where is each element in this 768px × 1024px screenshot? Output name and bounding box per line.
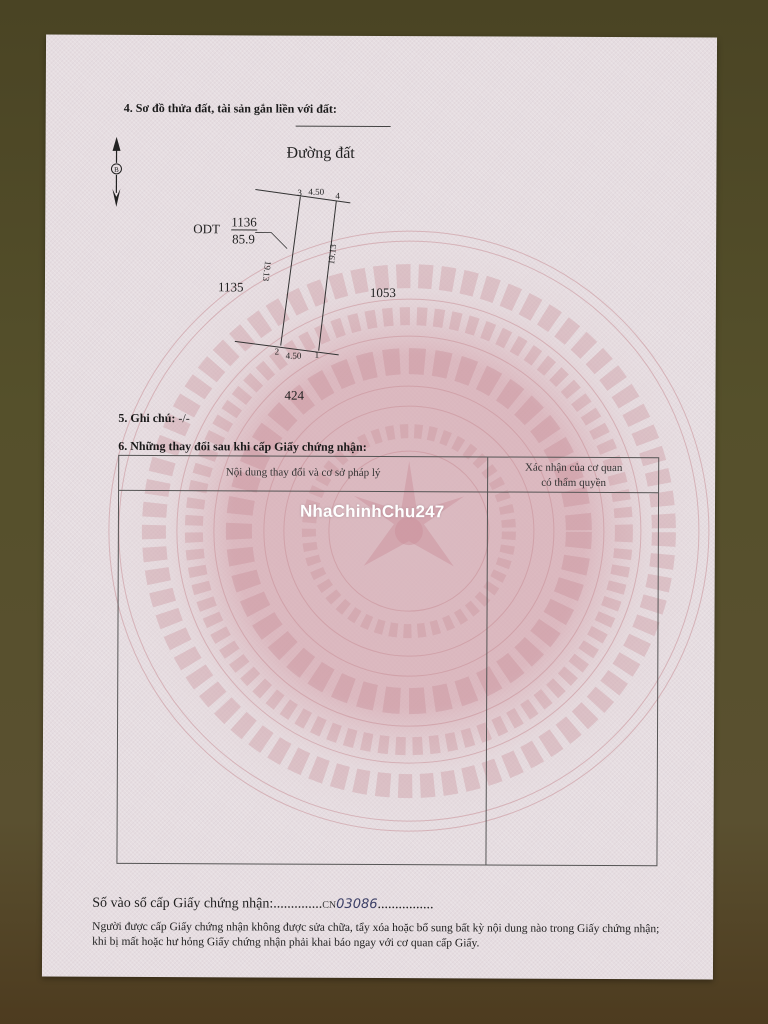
parcel-area: 85.9 bbox=[232, 231, 255, 247]
parcel-sketch bbox=[235, 185, 466, 386]
registration-label: Số vào sổ cấp Giấy chứng nhận: bbox=[92, 896, 273, 912]
heading-underline bbox=[296, 126, 391, 127]
top-edge-length: 4.50 bbox=[308, 187, 324, 197]
bottom-edge-length: 4.50 bbox=[286, 351, 302, 361]
neighbor-parcel-right: 1053 bbox=[370, 285, 396, 301]
neighbor-parcel-bottom: 424 bbox=[284, 388, 304, 404]
section-5-note: 5. Ghi chú: -/- bbox=[118, 411, 189, 426]
legal-notice: Người được cấp Giấy chứng nhận không đượ… bbox=[92, 920, 672, 953]
column-header-changes: Nội dung thay đổi và cơ sở pháp lý bbox=[119, 466, 487, 480]
certificate-page: 4. Sơ đồ thửa đất, tài sản gắn liền với … bbox=[42, 35, 717, 980]
column-header-confirmation-line1: Xác nhận của cơ quan bbox=[487, 460, 660, 476]
section-5-value: -/- bbox=[178, 411, 189, 425]
north-label: B bbox=[114, 166, 119, 174]
watermark-text: NhaChinhChu247 bbox=[300, 502, 445, 523]
section-6-heading: 6. Những thay đổi sau khi cấp Giấy chứng… bbox=[118, 439, 367, 455]
road-label: Đường đất bbox=[287, 145, 355, 163]
land-type: ODT bbox=[193, 221, 220, 237]
corner-1: 1 bbox=[315, 350, 320, 360]
registration-dots-after: ................ bbox=[377, 897, 433, 912]
corner-2: 2 bbox=[275, 347, 280, 357]
column-header-confirmation: Xác nhận của cơ quan có thẩm quyền bbox=[487, 460, 660, 491]
registration-prefix: CN bbox=[322, 900, 336, 911]
section-5-heading: 5. Ghi chú: bbox=[118, 411, 175, 425]
column-divider bbox=[485, 457, 488, 864]
registration-dots-before: .............. bbox=[273, 897, 322, 912]
corner-3: 3 bbox=[297, 188, 302, 198]
corner-4: 4 bbox=[335, 191, 340, 201]
north-arrow-icon: B bbox=[109, 137, 123, 209]
column-header-confirmation-line2: có thẩm quyền bbox=[487, 475, 660, 491]
registration-line: Số vào sổ cấp Giấy chứng nhận:..........… bbox=[92, 896, 433, 913]
parcel-number: 1136 bbox=[231, 215, 257, 230]
section-4-heading: 4. Sơ đồ thửa đất, tài sản gắn liền với … bbox=[124, 101, 337, 117]
registration-number: 03086 bbox=[336, 897, 377, 912]
neighbor-parcel-left: 1135 bbox=[218, 279, 244, 295]
